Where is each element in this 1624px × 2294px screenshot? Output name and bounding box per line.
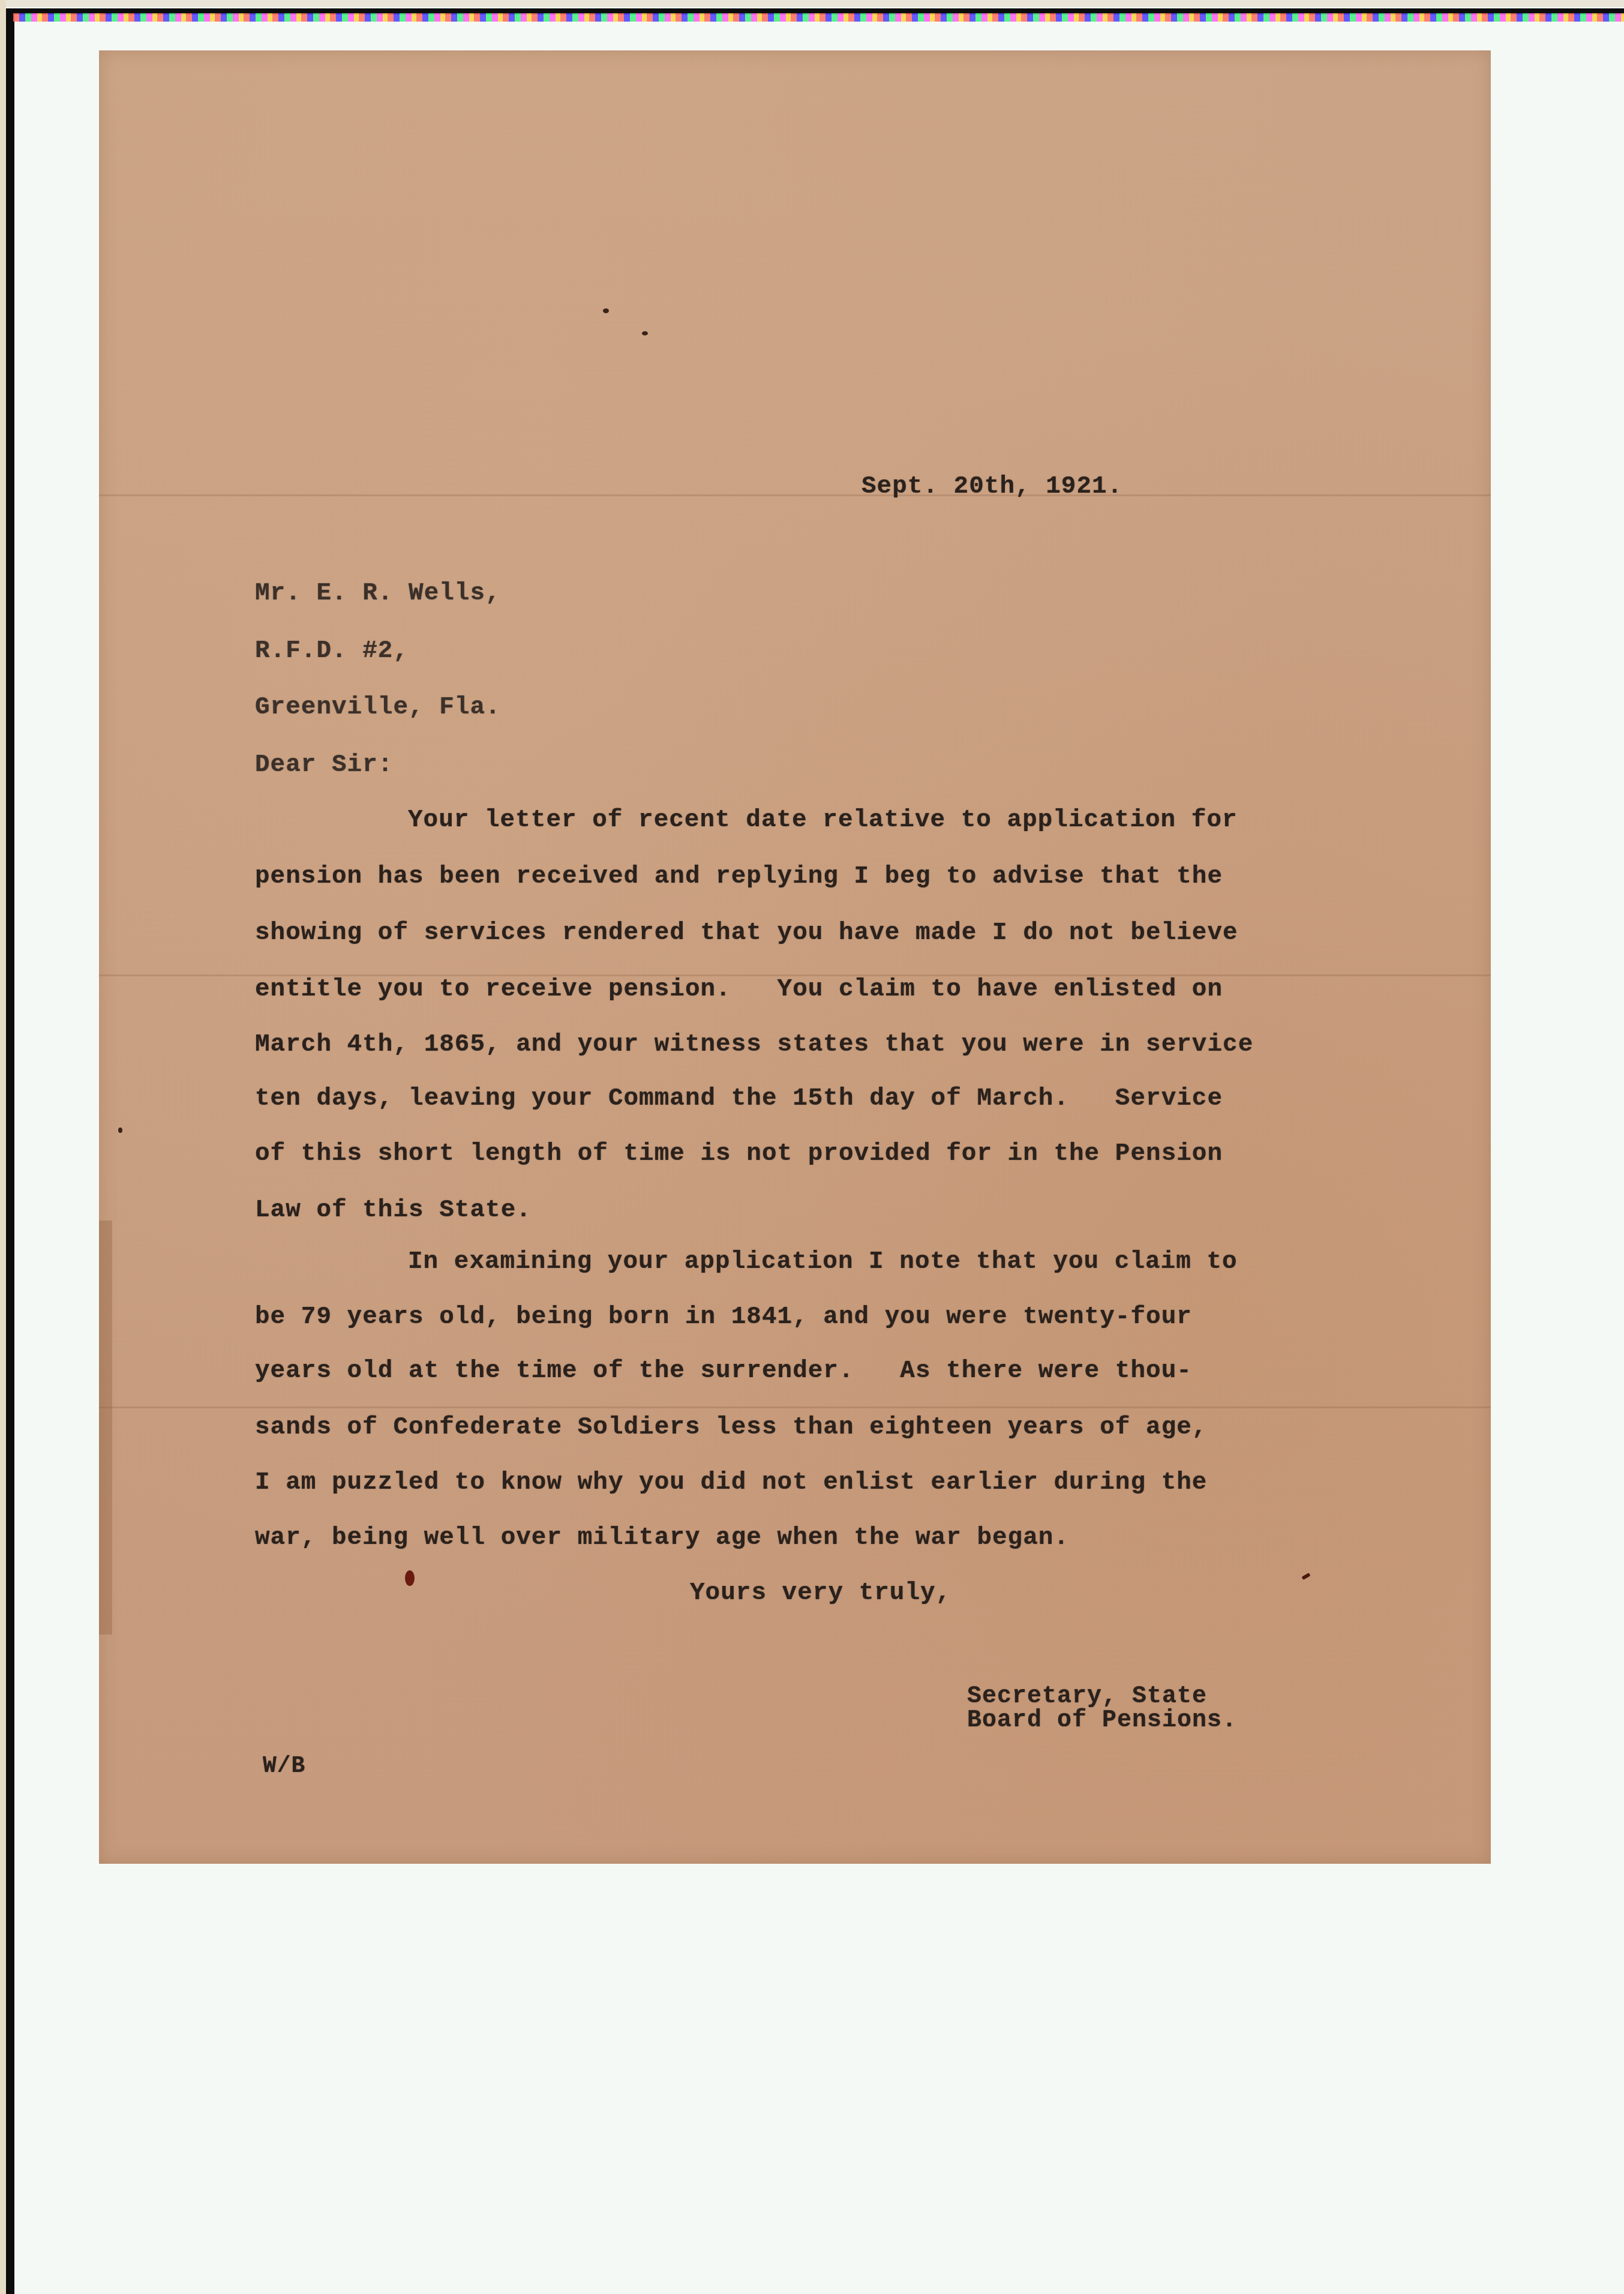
salutation: Dear Sir: [255, 751, 393, 779]
edge-stain [99, 1221, 112, 1635]
body-line: pension has been received and replying I… [255, 863, 1223, 890]
ink-mark [1301, 1573, 1310, 1580]
ink-speck [642, 331, 648, 335]
fold-line [99, 494, 1491, 496]
body-line: sands of Confederate Soldiers less than … [255, 1414, 1207, 1441]
body-line: be 79 years old, being born in 1841, and… [255, 1303, 1192, 1331]
body-line: March 4th, 1865, and your witness states… [255, 1031, 1253, 1058]
scanner-top-strip [0, 0, 1624, 7]
body-line: war, being well over military age when t… [255, 1524, 1069, 1552]
typist-initials: W/B [263, 1753, 305, 1779]
body-line: ten days, leaving your Command the 15th … [255, 1085, 1223, 1112]
body-line: In examining your application I note tha… [408, 1248, 1238, 1276]
red-spot [405, 1570, 415, 1586]
signature-title-line-2: Board of Pensions. [967, 1709, 1237, 1733]
letter-date: Sept. 20th, 1921. [861, 473, 1122, 500]
body-line: years old at the time of the surrender. … [255, 1357, 1192, 1385]
body-line: I am puzzled to know why you did not enl… [255, 1469, 1207, 1497]
closing: Yours very truly, [690, 1579, 951, 1607]
body-line: entitle you to receive pension. You clai… [255, 976, 1223, 1003]
ink-speck [603, 308, 609, 313]
recipient-address-line-1: R.F.D. #2, [255, 637, 409, 665]
fold-line [99, 1407, 1491, 1408]
recipient-address-line-2: Greenville, Fla. [255, 694, 501, 721]
signature-title-line-1: Secretary, State [967, 1685, 1207, 1709]
body-line: of this short length of time is not prov… [255, 1140, 1223, 1168]
ink-speck [118, 1127, 122, 1133]
scanner-color-fringe [13, 13, 1624, 22]
recipient-name: Mr. E. R. Wells, [255, 580, 501, 607]
body-line: Your letter of recent date relative to a… [408, 806, 1238, 834]
scanner-left-border [6, 8, 14, 2294]
body-line: showing of services rendered that you ha… [255, 919, 1238, 947]
body-line: Law of this State. [255, 1197, 532, 1224]
scanner-left-fringe [0, 0, 6, 2294]
